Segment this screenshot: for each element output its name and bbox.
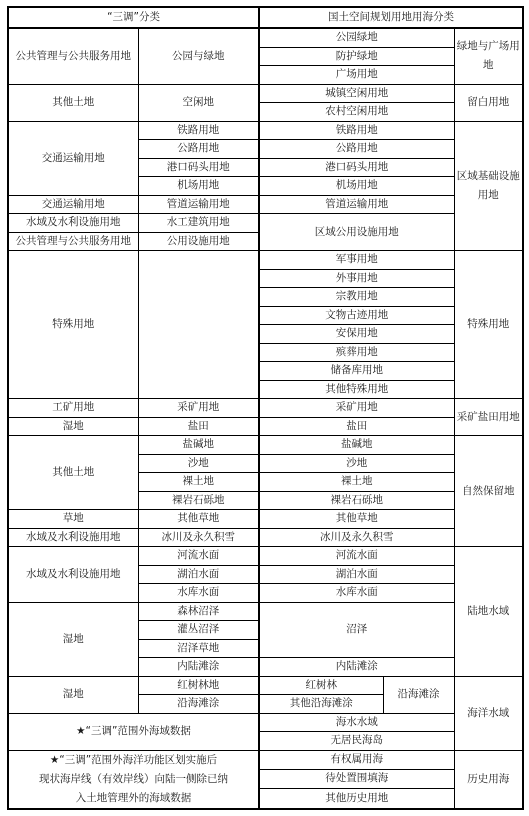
planning-secondary-cell: 公园绿地 <box>259 28 454 47</box>
sandiao-primary-cell: 其他土地 <box>8 84 138 121</box>
planning-secondary-cell: 管道运输用地 <box>259 195 454 214</box>
planning-primary-cell: 自然保留地 <box>454 436 523 547</box>
note-line-3: 入土地管理外的海域数据 <box>10 789 257 808</box>
sandiao-secondary-cell: 管道运输用地 <box>138 195 259 214</box>
sandiao-secondary-cell: 河流水面 <box>138 547 259 566</box>
header-spatial-planning-classification: 国土空间规划用地用海分类 <box>259 7 523 28</box>
planning-secondary-cell: 其他草地 <box>259 510 454 529</box>
table-row: 工矿用地 采矿用地 采矿用地 采矿盐田用地 <box>8 399 523 418</box>
planning-secondary-cell: 沙地 <box>259 454 454 473</box>
planning-secondary-cell: 港口码头用地 <box>259 158 454 177</box>
header-sandiao-classification: “三调”分类 <box>8 7 259 28</box>
table-row: 湿地 森林沼泽 沼泽 <box>8 602 523 621</box>
planning-secondary-cell: 盐碱地 <box>259 436 454 455</box>
sandiao-primary-cell: 其他土地 <box>8 436 138 510</box>
table-row: ★“三调”范围外海洋功能区划实施后 现状海岸线（有效岸线）向陆一侧除已纳 入土地… <box>8 750 523 769</box>
sandiao-primary-cell: 工矿用地 <box>8 399 138 418</box>
sandiao-primary-cell: 湿地 <box>8 417 138 436</box>
table-row: 水域及水利设施用地 水工建筑用地 区域公用设施用地 <box>8 214 523 233</box>
planning-secondary-cell: 待处置围填海 <box>259 769 454 788</box>
planning-secondary-cell: 文物古迹用地 <box>259 306 454 325</box>
table-row: 交通运输用地 铁路用地 铁路用地 区域基础设施用地 <box>8 121 523 140</box>
sea-area-data-note: ★“三调”范围外海域数据 <box>8 713 259 750</box>
sandiao-primary-cell: 公共管理与公共服务用地 <box>8 232 138 251</box>
table-row: 其他土地 盐碱地 盐碱地 自然保留地 <box>8 436 523 455</box>
sandiao-secondary-cell: 空闲地 <box>138 84 259 121</box>
planning-primary-cell: 海洋水域 <box>454 676 523 750</box>
sandiao-secondary-cell: 水工建筑用地 <box>138 214 259 233</box>
planning-secondary-cell: 沼泽 <box>259 602 454 658</box>
table-row: 湿地 盐田 盐田 <box>8 417 523 436</box>
note-line-1: ★“三调”范围外海洋功能区划实施后 <box>10 751 257 770</box>
land-classification-table: “三调”分类 国土空间规划用地用海分类 公共管理与公共服务用地 公园与绿地 公园… <box>7 6 524 810</box>
sandiao-secondary-cell: 公路用地 <box>138 140 259 159</box>
table-row: ★“三调”范围外海域数据 海水水域 <box>8 713 523 732</box>
planning-secondary-cell: 有权属用海 <box>259 750 454 769</box>
sandiao-secondary-cell: 盐田 <box>138 417 259 436</box>
planning-secondary-cell: 铁路用地 <box>259 121 454 140</box>
sandiao-secondary-cell: 铁路用地 <box>138 121 259 140</box>
planning-primary-cell: 留白用地 <box>454 84 523 121</box>
planning-secondary-cell: 湖泊水面 <box>259 565 454 584</box>
sandiao-secondary-cell: 冰川及永久积雪 <box>138 528 259 547</box>
table-row: 特殊用地 军事用地 特殊用地 <box>8 251 523 270</box>
table-row: 湿地 红树林地 红树林 沿海滩涂 海洋水域 <box>8 676 523 695</box>
sandiao-secondary-cell: 森林沼泽 <box>138 602 259 621</box>
planning-secondary-cell: 农村空闲用地 <box>259 103 454 122</box>
planning-primary-cell: 历史用海 <box>454 750 523 809</box>
sandiao-secondary-cell: 盐碱地 <box>138 436 259 455</box>
sandiao-secondary-cell: 裸土地 <box>138 473 259 492</box>
planning-secondary-cell: 区域公用设施用地 <box>259 214 454 251</box>
planning-primary-cell: 绿地与广场用地 <box>454 28 523 84</box>
planning-secondary-cell: 殡葬用地 <box>259 343 454 362</box>
planning-secondary-cell: 河流水面 <box>259 547 454 566</box>
planning-secondary-cell: 无居民海岛 <box>259 732 454 751</box>
sandiao-primary-cell: 交通运输用地 <box>8 195 138 214</box>
planning-primary-cell: 特殊用地 <box>454 251 523 399</box>
planning-primary-cell: 陆地水域 <box>454 547 523 677</box>
note-line-2: 现状海岸线（有效岸线）向陆一侧除已纳 <box>10 770 257 789</box>
planning-primary-cell: 采矿盐田用地 <box>454 399 523 436</box>
sandiao-secondary-cell: 港口码头用地 <box>138 158 259 177</box>
sandiao-secondary-cell: 其他草地 <box>138 510 259 529</box>
sandiao-secondary-cell: 红树林地 <box>138 676 259 695</box>
planning-secondary-cell: 内陆滩涂 <box>259 658 454 677</box>
planning-secondary-cell: 外事用地 <box>259 269 454 288</box>
table-row: 水域及水利设施用地 河流水面 河流水面 陆地水域 <box>8 547 523 566</box>
sandiao-primary-cell: 湿地 <box>8 602 138 676</box>
sandiao-secondary-cell: 沼泽草地 <box>138 639 259 658</box>
planning-secondary-cell: 裸岩石砾地 <box>259 491 454 510</box>
planning-secondary-cell: 防护绿地 <box>259 47 454 66</box>
planning-secondary-cell: 盐田 <box>259 417 454 436</box>
sandiao-primary-cell: 公共管理与公共服务用地 <box>8 28 138 84</box>
table-row: 公共管理与公共服务用地 公园与绿地 公园绿地 绿地与广场用地 <box>8 28 523 47</box>
planning-secondary-cell: 广场用地 <box>259 66 454 85</box>
sandiao-secondary-cell: 灌丛沼泽 <box>138 621 259 640</box>
table-row: 水域及水利设施用地 冰川及永久积雪 冰川及永久积雪 <box>8 528 523 547</box>
sandiao-primary-cell: 水域及水利设施用地 <box>8 214 138 233</box>
sandiao-secondary-cell: 公用设施用地 <box>138 232 259 251</box>
planning-secondary-cell: 储备库用地 <box>259 362 454 381</box>
planning-secondary-cell: 机场用地 <box>259 177 454 196</box>
planning-secondary-cell: 公路用地 <box>259 140 454 159</box>
planning-secondary-cell: 其他历史用地 <box>259 789 454 809</box>
planning-primary-cell: 区域基础设施用地 <box>454 121 523 251</box>
sandiao-primary-cell: 特殊用地 <box>8 251 138 399</box>
planning-secondary-cell: 安保用地 <box>259 325 454 344</box>
historical-sea-use-note: ★“三调”范围外海洋功能区划实施后 现状海岸线（有效岸线）向陆一侧除已纳 入土地… <box>8 750 259 809</box>
table-row: 交通运输用地 管道运输用地 管道运输用地 <box>8 195 523 214</box>
planning-secondary-cell: 宗教用地 <box>259 288 454 307</box>
sandiao-secondary-cell: 沙地 <box>138 454 259 473</box>
sandiao-secondary-cell: 采矿用地 <box>138 399 259 418</box>
sandiao-primary-cell: 草地 <box>8 510 138 529</box>
sandiao-primary-cell: 湿地 <box>8 676 138 713</box>
sandiao-secondary-cell: 内陆滩涂 <box>138 658 259 677</box>
planning-secondary-cell: 沿海滩涂 <box>383 676 454 713</box>
planning-secondary-cell: 裸土地 <box>259 473 454 492</box>
sandiao-secondary-cell: 沿海滩涂 <box>138 695 259 714</box>
sandiao-secondary-cell: 机场用地 <box>138 177 259 196</box>
table-row: 其他土地 空闲地 城镇空闲用地 留白用地 <box>8 84 523 103</box>
planning-secondary-cell: 水库水面 <box>259 584 454 603</box>
planning-secondary-cell: 军事用地 <box>259 251 454 270</box>
planning-secondary-cell: 冰川及永久积雪 <box>259 528 454 547</box>
planning-secondary-cell: 海水水域 <box>259 713 454 732</box>
planning-secondary-cell: 城镇空闲用地 <box>259 84 454 103</box>
planning-tertiary-cell: 其他沿海滩涂 <box>259 695 383 714</box>
sandiao-secondary-cell: 水库水面 <box>138 584 259 603</box>
table-row: 草地 其他草地 其他草地 <box>8 510 523 529</box>
sandiao-secondary-cell: 裸岩石砾地 <box>138 491 259 510</box>
planning-tertiary-cell: 红树林 <box>259 676 383 695</box>
sandiao-secondary-cell: 湖泊水面 <box>138 565 259 584</box>
sandiao-secondary-cell-empty <box>138 251 259 399</box>
planning-secondary-cell: 采矿用地 <box>259 399 454 418</box>
sandiao-primary-cell: 水域及水利设施用地 <box>8 528 138 547</box>
sandiao-primary-cell: 水域及水利设施用地 <box>8 547 138 603</box>
sandiao-primary-cell: 交通运输用地 <box>8 121 138 195</box>
planning-secondary-cell: 其他特殊用地 <box>259 380 454 399</box>
header-row: “三调”分类 国土空间规划用地用海分类 <box>8 7 523 28</box>
sandiao-secondary-cell: 公园与绿地 <box>138 28 259 84</box>
